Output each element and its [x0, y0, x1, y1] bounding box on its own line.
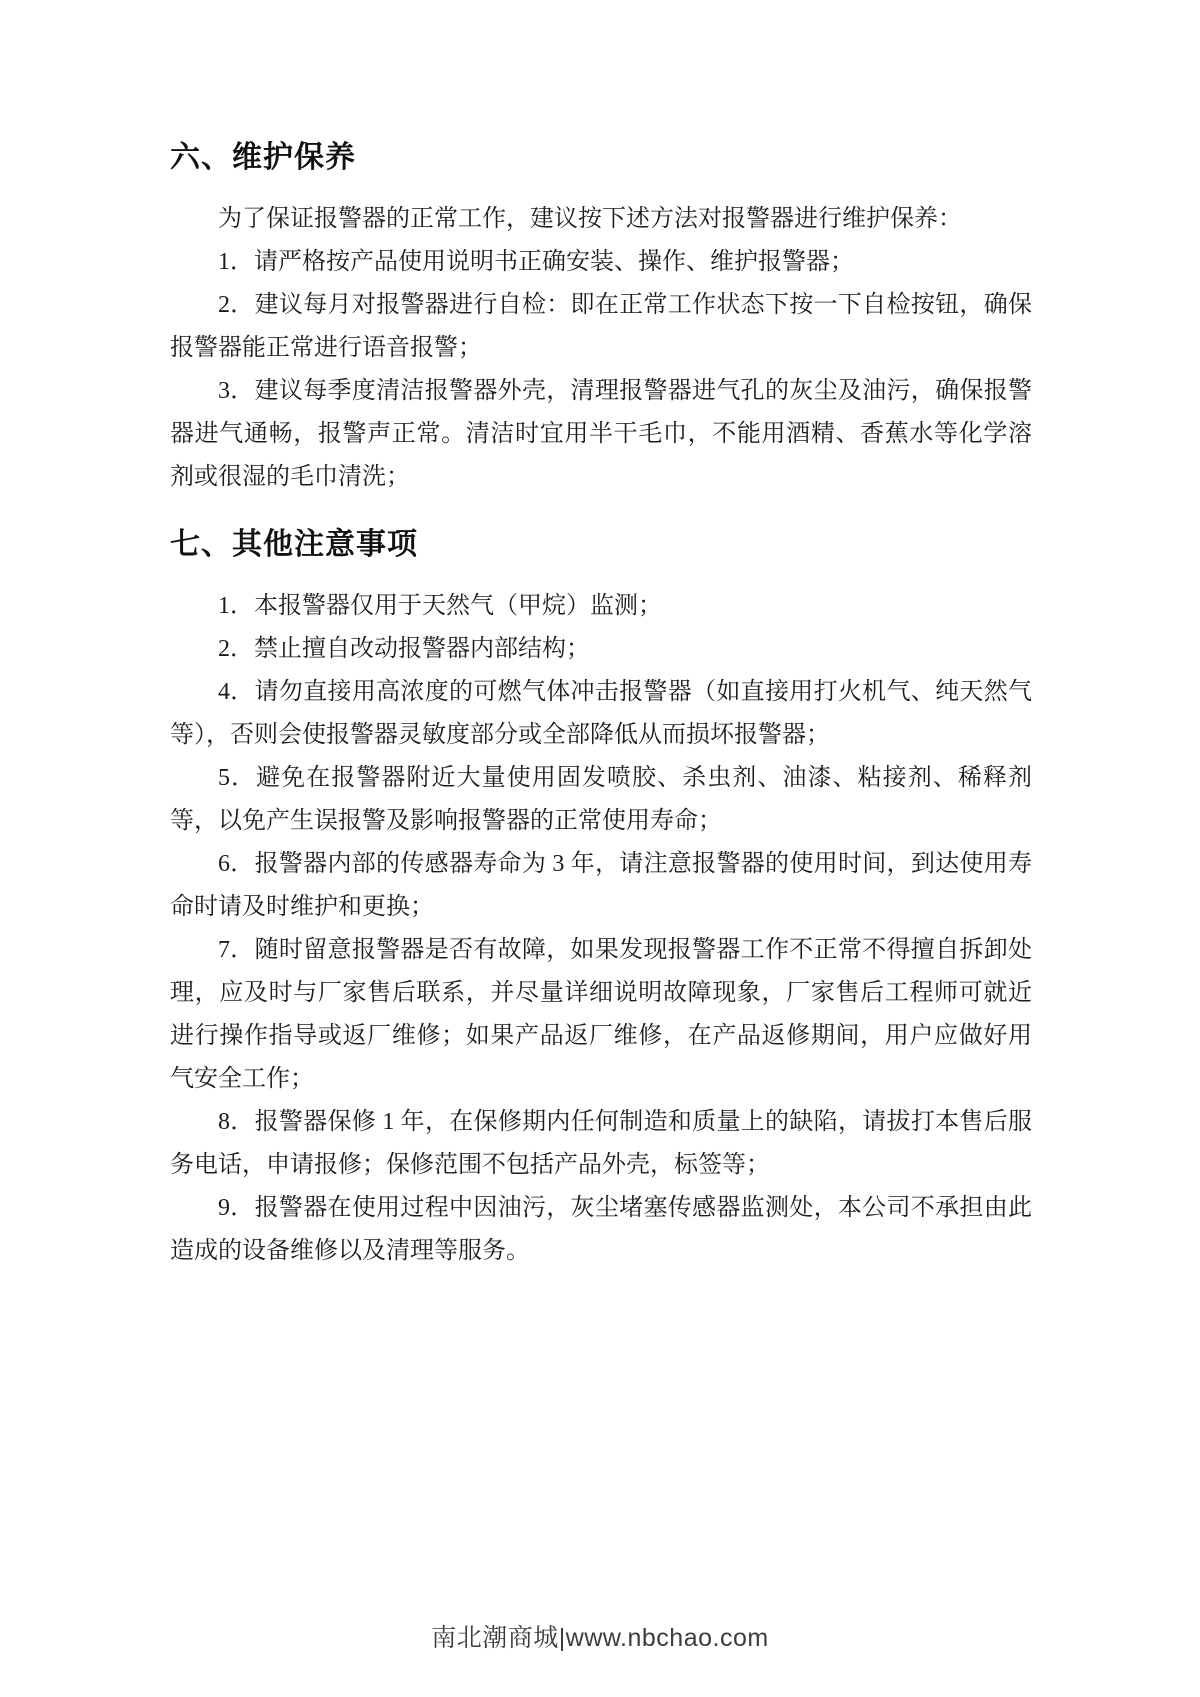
- paragraph: 5．避免在报警器附近大量使用固发喷胶、杀虫剂、油漆、粘接剂、稀释剂等，以免产生误…: [170, 757, 1032, 843]
- paragraph: 1．请严格按产品使用说明书正确安装、操作、维护报警器；: [170, 241, 1032, 284]
- paragraph: 4．请勿直接用高浓度的可燃气体冲击报警器（如直接用打火机气、纯天然气等），否则会…: [170, 671, 1032, 757]
- paragraph: 2．禁止擅自改动报警器内部结构；: [170, 628, 1032, 671]
- section-other-notes: 七、其他注意事项 1．本报警器仅用于天然气（甲烷）监测； 2．禁止擅自改动报警器…: [170, 525, 1032, 1273]
- section-maintenance: 六、维护保养 为了保证报警器的正常工作，建议按下述方法对报警器进行维护保养： 1…: [170, 138, 1032, 499]
- paragraph: 6．报警器内部的传感器寿命为 3 年，请注意报警器的使用时间，到达使用寿命时请及…: [170, 843, 1032, 929]
- section-heading-maintenance: 六、维护保养: [170, 138, 1032, 178]
- paragraph: 为了保证报警器的正常工作，建议按下述方法对报警器进行维护保养：: [170, 198, 1032, 241]
- section-heading-other-notes: 七、其他注意事项: [170, 525, 1032, 565]
- page-footer: 南北潮商城|www.nbchao.com: [0, 1618, 1200, 1654]
- paragraph: 7．随时留意报警器是否有故障，如果发现报警器工作不正常不得擅自拆卸处理，应及时与…: [170, 929, 1032, 1101]
- paragraph: 1．本报警器仅用于天然气（甲烷）监测；: [170, 585, 1032, 628]
- document-page: 六、维护保养 为了保证报警器的正常工作，建议按下述方法对报警器进行维护保养： 1…: [0, 0, 1200, 1697]
- document-content: 六、维护保养 为了保证报警器的正常工作，建议按下述方法对报警器进行维护保养： 1…: [170, 138, 1032, 1273]
- watermark-text: 南北潮商城|www.nbchao.com: [431, 1624, 768, 1652]
- paragraph: 9．报警器在使用过程中因油污，灰尘堵塞传感器监测处，本公司不承担由此造成的设备维…: [170, 1187, 1032, 1273]
- paragraph: 2．建议每月对报警器进行自检：即在正常工作状态下按一下自检按钮，确保报警器能正常…: [170, 284, 1032, 370]
- paragraph: 8．报警器保修 1 年，在保修期内任何制造和质量上的缺陷，请拔打本售后服务电话，…: [170, 1101, 1032, 1187]
- paragraph: 3．建议每季度清洁报警器外壳，清理报警器进气孔的灰尘及油污，确保报警器进气通畅，…: [170, 370, 1032, 499]
